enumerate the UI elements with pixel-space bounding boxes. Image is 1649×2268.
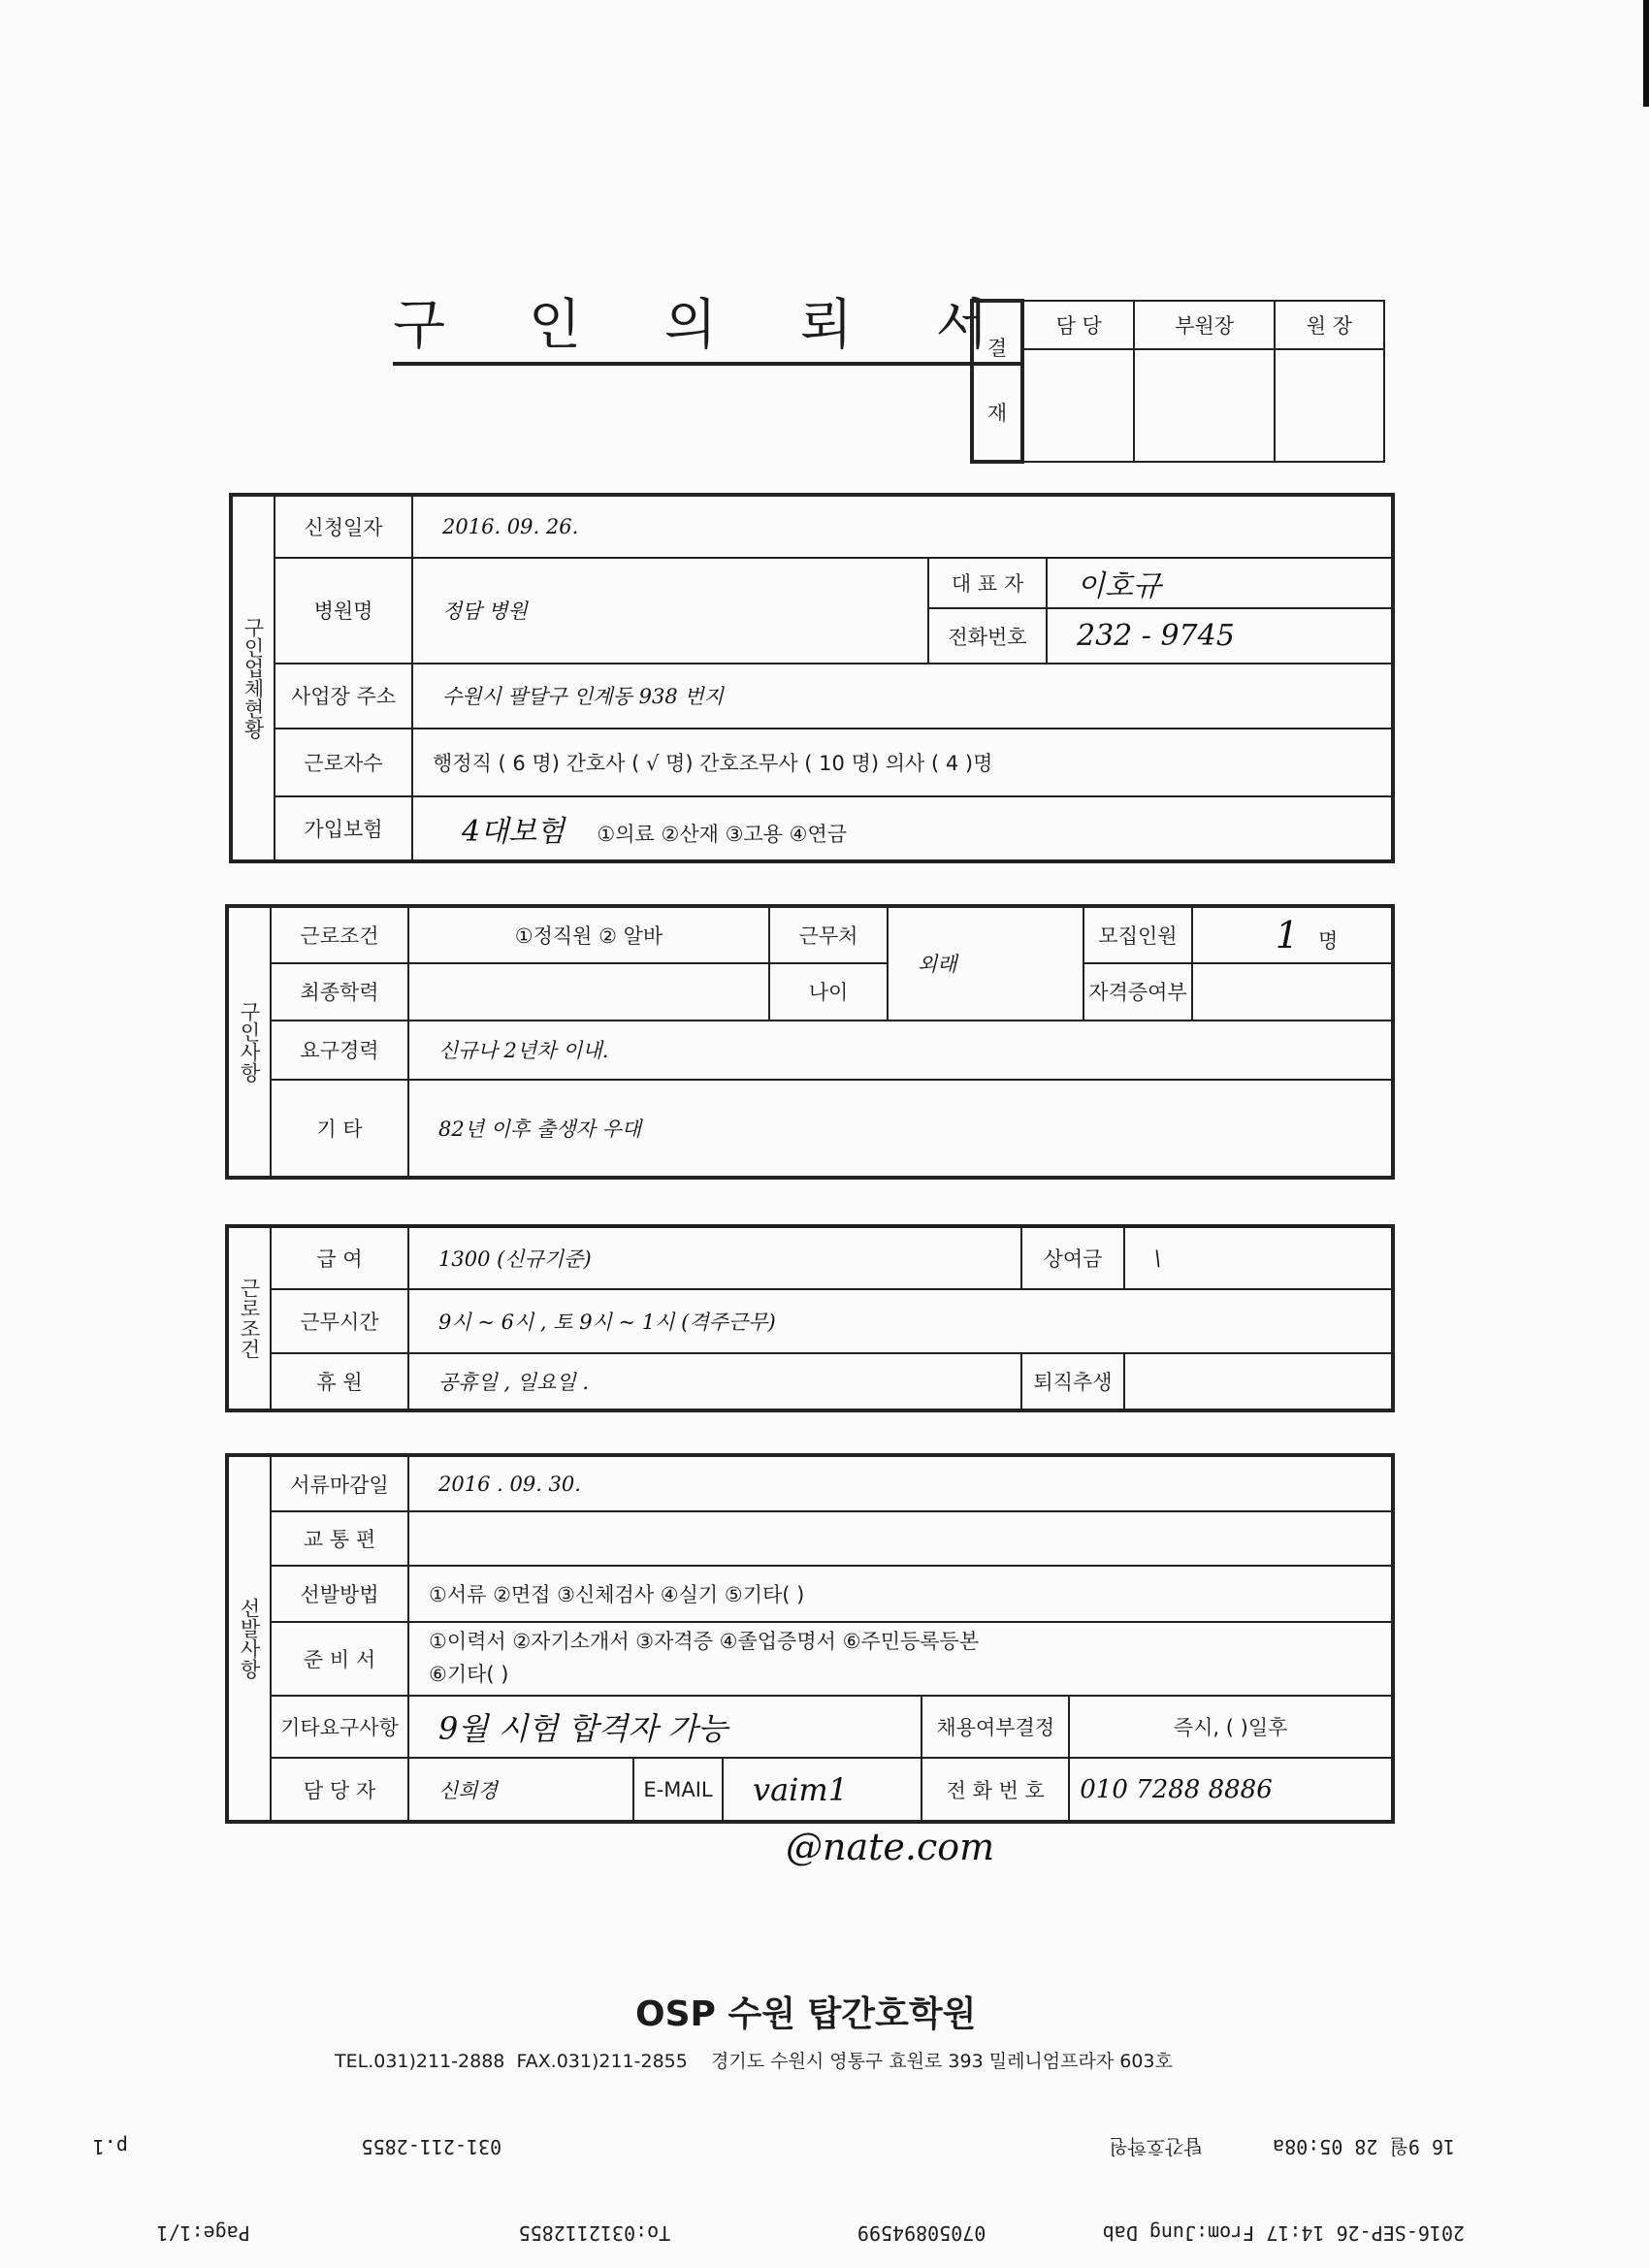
page-title: 구 인 의 뢰 서 bbox=[393, 296, 1021, 366]
docs-label: 준 비 서 bbox=[271, 1622, 408, 1696]
method-label: 선발방법 bbox=[271, 1566, 408, 1622]
salary-field[interactable]: 1300 (신규기준) bbox=[408, 1226, 1021, 1289]
ceo-field[interactable]: 이호규 bbox=[1047, 558, 1393, 609]
experience-label: 요구경력 bbox=[271, 1021, 408, 1080]
phone-label: 전화번호 bbox=[928, 608, 1047, 664]
fax-header-line1: 16 9월 28 05:08a 탑간호학원 031-211-2855 p.1 bbox=[242, 2134, 1455, 2162]
recruit-section: 구인사항 근로조건 ①정직원 ② 알바 근무처 외래 모집인원 1 명 최종학력… bbox=[225, 904, 1395, 1180]
experience-field[interactable]: 신규나 2년차 이내. bbox=[408, 1021, 1393, 1080]
academy-logo: OSP 수원 탑간호학원 bbox=[635, 1987, 976, 2036]
manager-field[interactable]: 신희경 bbox=[408, 1758, 633, 1822]
holiday-field[interactable]: 공휴일 , 일요일 . bbox=[408, 1353, 1021, 1410]
insurance-value: 4대보험 bbox=[433, 815, 565, 849]
approval-box: 결재 담 당 부원장 원 장 bbox=[970, 299, 1385, 464]
academy-address: TEL.031)211-2888 FAX.031)211-2855 경기도 수원… bbox=[335, 2047, 1173, 2073]
hospital-label: 병원명 bbox=[275, 558, 412, 664]
email-field[interactable]: vaim1 bbox=[723, 1758, 921, 1822]
decision-label: 채용여부결정 bbox=[921, 1696, 1069, 1758]
requests-label: 기타요구사항 bbox=[271, 1696, 408, 1758]
method-options[interactable]: ①서류 ②면접 ③신체검사 ④실기 ⑤기타( ) bbox=[408, 1566, 1393, 1622]
hospital-field[interactable]: 정담 병원 bbox=[412, 558, 928, 664]
ceo-label: 대 표 자 bbox=[928, 558, 1047, 609]
stamp-director[interactable] bbox=[1275, 349, 1384, 462]
company-section-label: 구인업체현황 bbox=[231, 495, 275, 861]
selection-section: 선발사항 서류마감일 2016 . 09. 30. 교 통 편 선발방법 ①서류… bbox=[225, 1453, 1395, 1824]
decision-field[interactable]: 즉시, ( )일후 bbox=[1069, 1696, 1393, 1758]
transport-field[interactable] bbox=[408, 1511, 1393, 1566]
address-field[interactable]: 수원시 팔달구 인계동 938 번지 bbox=[412, 664, 1393, 729]
recruit-section-label: 구인사항 bbox=[227, 906, 271, 1178]
hours-label: 근무시간 bbox=[271, 1289, 408, 1352]
approval-col-vice: 부원장 bbox=[1134, 301, 1274, 349]
stamp-staff[interactable] bbox=[1022, 349, 1134, 462]
fax-header-line2: 2016-SEP-26 14:17 From:Jung Dab 07050894… bbox=[175, 2221, 1465, 2245]
manager-label: 담 당 자 bbox=[271, 1758, 408, 1822]
employment-options[interactable]: ①정직원 ② 알바 bbox=[408, 906, 769, 963]
license-field[interactable] bbox=[1192, 963, 1393, 1021]
date-field[interactable]: 2016. 09. 26. bbox=[412, 495, 1393, 558]
conditions-section-label: 근로조건 bbox=[227, 1226, 271, 1410]
hours-field[interactable]: 9시 ~ 6시 , 토 9시 ~ 1시 (격주근무) bbox=[408, 1289, 1393, 1352]
selection-section-label: 선발사항 bbox=[227, 1455, 271, 1822]
date-label: 신청일자 bbox=[275, 495, 412, 558]
email-domain: @nate.com bbox=[757, 1826, 994, 1868]
deadline-field[interactable]: 2016 . 09. 30. bbox=[408, 1455, 1393, 1511]
bonus-field[interactable]: \ bbox=[1124, 1226, 1393, 1289]
scan-edge bbox=[1643, 0, 1649, 107]
other-field[interactable]: 82년 이후 출생자 우대 bbox=[408, 1080, 1393, 1178]
bonus-label: 상여금 bbox=[1021, 1226, 1124, 1289]
conditions-section: 근로조건 급 여 1300 (신규기준) 상여금 \ 근무시간 9시 ~ 6시 … bbox=[225, 1224, 1395, 1412]
tel-label: 전 화 번 호 bbox=[921, 1758, 1069, 1822]
headcount-label: 모집인원 bbox=[1083, 906, 1192, 963]
insurance-field[interactable]: 4대보험 ①의료 ②산재 ③고용 ④연금 bbox=[412, 796, 1393, 861]
transport-label: 교 통 편 bbox=[271, 1511, 408, 1566]
company-section: 구인업체현황 신청일자 2016. 09. 26. 병원명 정담 병원 대 표 … bbox=[229, 493, 1395, 863]
education-field[interactable] bbox=[408, 963, 769, 1021]
employment-label: 근로조건 bbox=[271, 906, 408, 963]
requests-field[interactable]: 9월 시험 합격자 가능 bbox=[408, 1696, 921, 1758]
approval-col-director: 원 장 bbox=[1275, 301, 1384, 349]
retirement-field[interactable] bbox=[1124, 1353, 1393, 1410]
license-label: 자격증여부 bbox=[1083, 963, 1192, 1021]
holiday-label: 휴 원 bbox=[271, 1353, 408, 1410]
workplace-field[interactable]: 외래 bbox=[888, 906, 1083, 1021]
stamp-vice[interactable] bbox=[1134, 349, 1274, 462]
headcount-field[interactable]: 1 명 bbox=[1192, 906, 1393, 963]
email-label: E-MAIL bbox=[633, 1758, 723, 1822]
workplace-label: 근무처 bbox=[769, 906, 888, 963]
approval-col-staff: 담 당 bbox=[1022, 301, 1134, 349]
address-label: 사업장 주소 bbox=[275, 664, 412, 729]
workers-label: 근로자수 bbox=[275, 729, 412, 797]
docs-options[interactable]: ①이력서 ②자기소개서 ③자격증 ④졸업증명서 ⑥주민등록등본⑥기타( ) bbox=[408, 1622, 1393, 1696]
insurance-options: ①의료 ②산재 ③고용 ④연금 bbox=[597, 823, 847, 846]
insurance-label: 가입보험 bbox=[275, 796, 412, 861]
education-label: 최종학력 bbox=[271, 963, 408, 1021]
tel-field[interactable]: 010 7288 8886 bbox=[1069, 1758, 1393, 1822]
approval-side-label: 결재 bbox=[972, 301, 1022, 462]
retirement-label: 퇴직추생 bbox=[1021, 1353, 1124, 1410]
workers-field[interactable]: 행정직 ( 6 명) 간호사 ( √ 명) 간호조무사 ( 10 명) 의사 (… bbox=[412, 729, 1393, 797]
salary-label: 급 여 bbox=[271, 1226, 408, 1289]
phone-field[interactable]: 232 - 9745 bbox=[1047, 608, 1393, 664]
age-label: 나이 bbox=[769, 963, 888, 1021]
deadline-label: 서류마감일 bbox=[271, 1455, 408, 1511]
other-label: 기 타 bbox=[271, 1080, 408, 1178]
